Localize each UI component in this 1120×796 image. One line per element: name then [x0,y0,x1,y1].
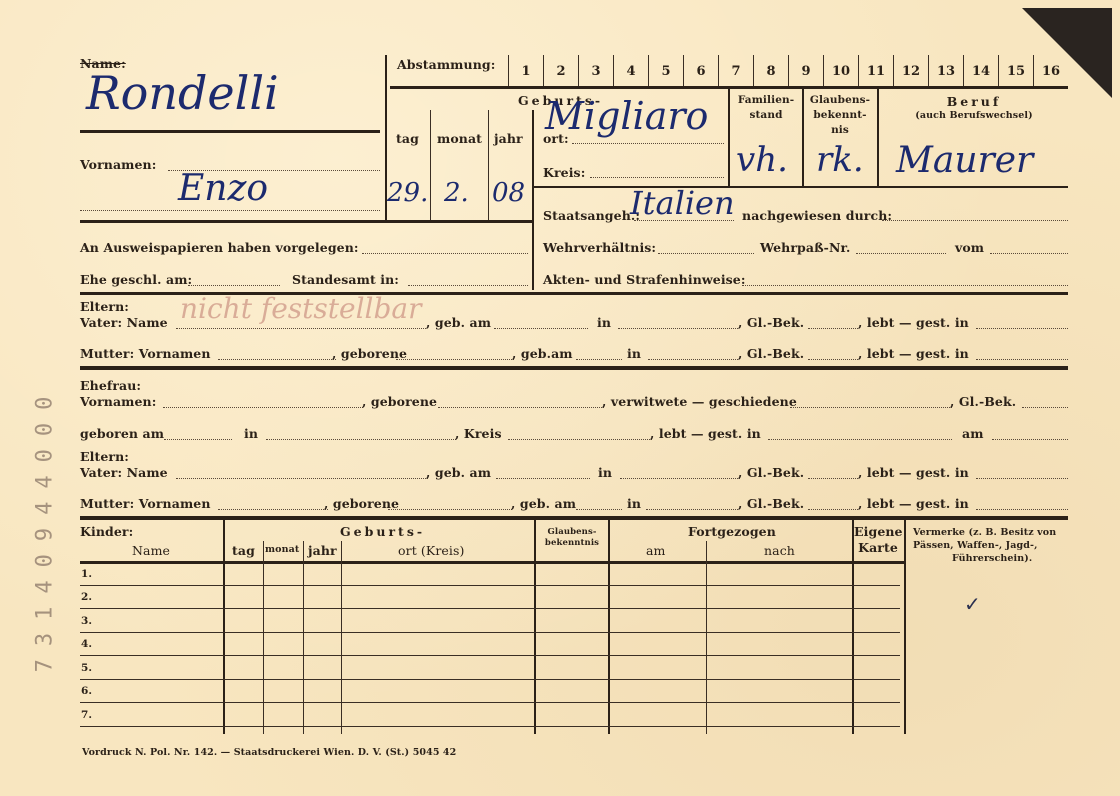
vater-in-label: in [597,315,611,330]
ehefrau-lebt-label: , lebt — gest. in [650,426,761,441]
ehefrau-vater-lebt-label: , lebt — gest. in [858,465,969,480]
ehefrau-geboren-am-label: geboren am [80,426,164,441]
wehrpass-line [856,253,946,254]
mutter-geb-am-label: , geb.am [512,346,573,361]
abstammung-label: Abstammung: [397,57,495,72]
form-footer: Vordruck N. Pol. Nr. 142. — Staatsdrucke… [82,747,456,758]
ehefrau-vater-geb-label: , geb. am [426,465,491,480]
wehr-label: Wehrverhältnis: [543,240,656,255]
kreis-line [590,177,724,178]
familienstand-label: Familien- [730,94,802,106]
ehefrau-eltern-heading: Eltern: [80,449,129,464]
jahr-value: 08 [492,178,525,208]
vom-label: vom [955,240,984,255]
vater-lebt-line [976,328,1068,329]
registration-card: 73140944000 Name: Rondelli Vornamen: Enz… [0,0,1120,796]
ausweis-label: An Ausweispapieren haben vorgelegen: [80,240,359,255]
vater-in-line [618,328,738,329]
ehefrau-mutter-geb-line [576,509,622,510]
vater-glbek-line [808,328,858,329]
kinder-row-5: 5. [81,662,92,674]
vornamen-value: Enzo [178,168,268,209]
ehefrau-vater-glbek-line [808,478,858,479]
abstammung-col-2: 2 [544,64,578,79]
vater-geb-line [494,328,588,329]
mutter-vornamen-line [218,359,336,360]
vermerke-label-3: Führerschein). [952,553,1032,564]
divider [80,130,380,133]
ehefrau-vornamen-label: Vornamen: [80,394,156,409]
ehefrau-vater-glbek-label: , Gl.-Bek. [738,465,804,480]
mutter-glbek-label: , Gl.-Bek. [738,346,804,361]
row-line [80,726,900,727]
abstammung-col-6: 6 [684,64,718,79]
glauben-label: Glaubens- [804,94,876,106]
vater-geb-am-label: , geb. am [426,315,491,330]
kinder-tag-col: tag [232,543,255,558]
row-line [80,655,900,656]
abstammung-col-15: 15 [999,64,1033,79]
glauben-value: rk. [816,140,864,180]
ehefrau-in-line [266,439,456,440]
kinder-fortgezogen-col: Fortgezogen [688,524,776,539]
divider [80,516,1068,520]
wehrpass-label: Wehrpaß-Nr. [760,240,851,255]
monat-label: monat [437,131,482,146]
mutter-label: Mutter: Vornamen [80,346,211,361]
row-line [80,585,900,586]
eltern-heading: Eltern: [80,299,129,314]
ehefrau-lebt-line [768,439,952,440]
ort-line [572,143,724,144]
kinder-ort-col: ort (Kreis) [398,543,464,558]
abstammung-col-9: 9 [789,64,823,79]
ehefrau-am-label: am [962,426,984,441]
abstammung-col-10: 10 [824,64,858,79]
kinder-row-3: 3. [81,615,92,627]
ehefrau-heading: Ehefrau: [80,378,141,393]
familienstand-value: vh. [736,140,788,180]
divider [303,541,304,734]
standesamt-line [408,285,528,286]
ehefrau-glbek-line [1022,407,1068,408]
divider [341,541,342,734]
tag-value: 29. [387,178,428,208]
akten-line [742,285,1068,286]
divider [430,110,431,220]
ehefrau-geborene-label: , geborene [362,394,437,409]
abstammung-col-8: 8 [754,64,788,79]
wehr-line [658,253,754,254]
row-line [80,679,900,680]
ehefrau-kreis-line [508,439,652,440]
divider [532,110,534,290]
beruf-value: Maurer [896,140,1033,181]
ehefrau-vater-geb-line [496,478,590,479]
kinder-glauben-col-2: bekenntnis [536,538,608,548]
kinder-row-6: 6. [81,685,92,697]
ausweis-line [362,253,528,254]
kinder-row-4: 4. [81,638,92,650]
nachgewiesen-label: nachgewiesen durch: [742,208,892,223]
row-line [80,608,900,609]
kinder-am-col: am [646,543,666,558]
ehefrau-vater-in-label: in [598,465,612,480]
vermerke-label-2: Pässen, Waffen-, Jagd-, [913,540,1037,551]
ehefrau-in-label: in [244,426,258,441]
kreis-label: Kreis: [543,165,585,180]
vater-lebt-label: , lebt — gest. in [858,315,969,330]
nachgewiesen-line [882,220,1068,221]
ehefrau-mutter-glbek-label: , Gl.-Bek. [738,496,804,511]
ehefrau-kreis-label: , Kreis [455,426,502,441]
divider [263,541,264,734]
vermerke-label: Vermerke (z. B. Besitz von [913,527,1056,538]
ehefrau-geborene-line [438,407,604,408]
kinder-name-col: Name [132,543,170,558]
staatsang-value: Italien [630,184,735,222]
mutter-geb-line [576,359,622,360]
ehefrau-mutter-lebt-label: , lebt — gest. in [858,496,969,511]
row-line [80,632,900,633]
divider [80,561,904,564]
ehefrau-vater-line [176,478,428,479]
divider [488,110,489,220]
kinder-heading: Kinder: [80,524,133,539]
kinder-geburts-col: Geburts- [340,524,425,539]
jahr-label: jahr [494,131,523,146]
ehefrau-verwitwete-line [790,407,952,408]
ehefrau-mutter-geb-label: , geb. am [511,496,576,511]
beruf-label: Beruf [880,94,1068,109]
akten-label: Akten- und Strafenhinweise: [543,272,746,287]
ehefrau-mutter-line [218,509,328,510]
vornamen-line-2 [80,210,380,211]
vater-name-line [176,328,426,329]
abstammung-col-16: 16 [1034,64,1068,79]
ehefrau-geboren-line [164,439,232,440]
ort-value: Migliaro [545,94,708,138]
monat-value: 2. [444,178,469,208]
familienstand-label-2: stand [730,109,802,121]
divider [80,366,1068,370]
row-line [80,702,900,703]
ehefrau-mutter-label: Mutter: Vornamen [80,496,211,511]
mutter-in-label: in [627,346,641,361]
check-mark-icon: ✓ [964,592,981,616]
vater-glbek-label: , Gl.-Bek. [738,315,804,330]
stamp-number: 73140944000 [30,318,60,738]
abstammung-col-12: 12 [894,64,928,79]
divider [534,186,1068,188]
mutter-in-line [648,359,738,360]
divider [706,541,707,734]
abstammung-col-4: 4 [614,64,648,79]
abstammung-col-7: 7 [719,64,753,79]
staatsang-label: Staatsangeh.: [543,208,640,223]
ehefrau-mutter-geborene-line [388,509,512,510]
ehefrau-mutter-glbek-line [808,509,858,510]
ehefrau-mutter-lebt-line [976,509,1068,510]
ehefrau-vornamen-line [163,407,363,408]
kinder-row-1: 1. [81,568,92,580]
ehefrau-vater-label: Vater: Name [80,465,168,480]
ehe-label: Ehe geschl. am: [80,272,192,287]
ehefrau-mutter-in-line [646,509,738,510]
kinder-jahr-col: jahr [308,543,337,558]
kinder-eigene-col-2: Karte [854,540,902,555]
name-value: Rondelli [86,66,279,120]
divider [904,520,906,734]
kinder-nach-col: nach [764,543,795,558]
ehefrau-vater-in-line [620,478,740,479]
tag-label: tag [396,131,419,146]
mutter-lebt-line [976,359,1068,360]
kinder-row-7: 7. [81,709,92,721]
ehefrau-mutter-in-label: in [627,496,641,511]
cut-corner [1022,8,1112,98]
pencil-note: nicht feststellbar [180,292,422,325]
abstammung-col-11: 11 [859,64,893,79]
mutter-geborene-line [396,359,514,360]
glauben-label-3: nis [804,124,876,136]
abstammung-col-3: 3 [579,64,613,79]
divider [877,88,879,186]
abstammung-col-5: 5 [649,64,683,79]
ehefrau-vater-lebt-line [976,478,1068,479]
abstammung-col-14: 14 [964,64,998,79]
vom-line [990,253,1068,254]
abstammung-col-13: 13 [929,64,963,79]
ehefrau-glbek-label: , Gl.-Bek. [950,394,1016,409]
vornamen-label: Vornamen: [80,157,156,172]
vater-label: Vater: Name [80,315,168,330]
glauben-label-2: bekennt- [804,109,876,121]
kinder-monat-col: monat [265,544,299,555]
beruf-sublabel: (auch Berufswechsel) [880,110,1068,121]
mutter-lebt-label: , lebt — gest. in [858,346,969,361]
kinder-glauben-col: Glaubens- [536,527,608,537]
ehefrau-am-line [992,439,1068,440]
standesamt-label: Standesamt in: [292,272,399,287]
divider [80,220,533,223]
kinder-row-2: 2. [81,591,92,603]
ehe-line [188,285,280,286]
kinder-eigene-col: Eigene [854,524,902,539]
mutter-glbek-line [808,359,858,360]
ehefrau-verwitwete-label: , verwitwete — geschiedene [602,394,797,409]
abstammung-col-1: 1 [509,64,543,79]
